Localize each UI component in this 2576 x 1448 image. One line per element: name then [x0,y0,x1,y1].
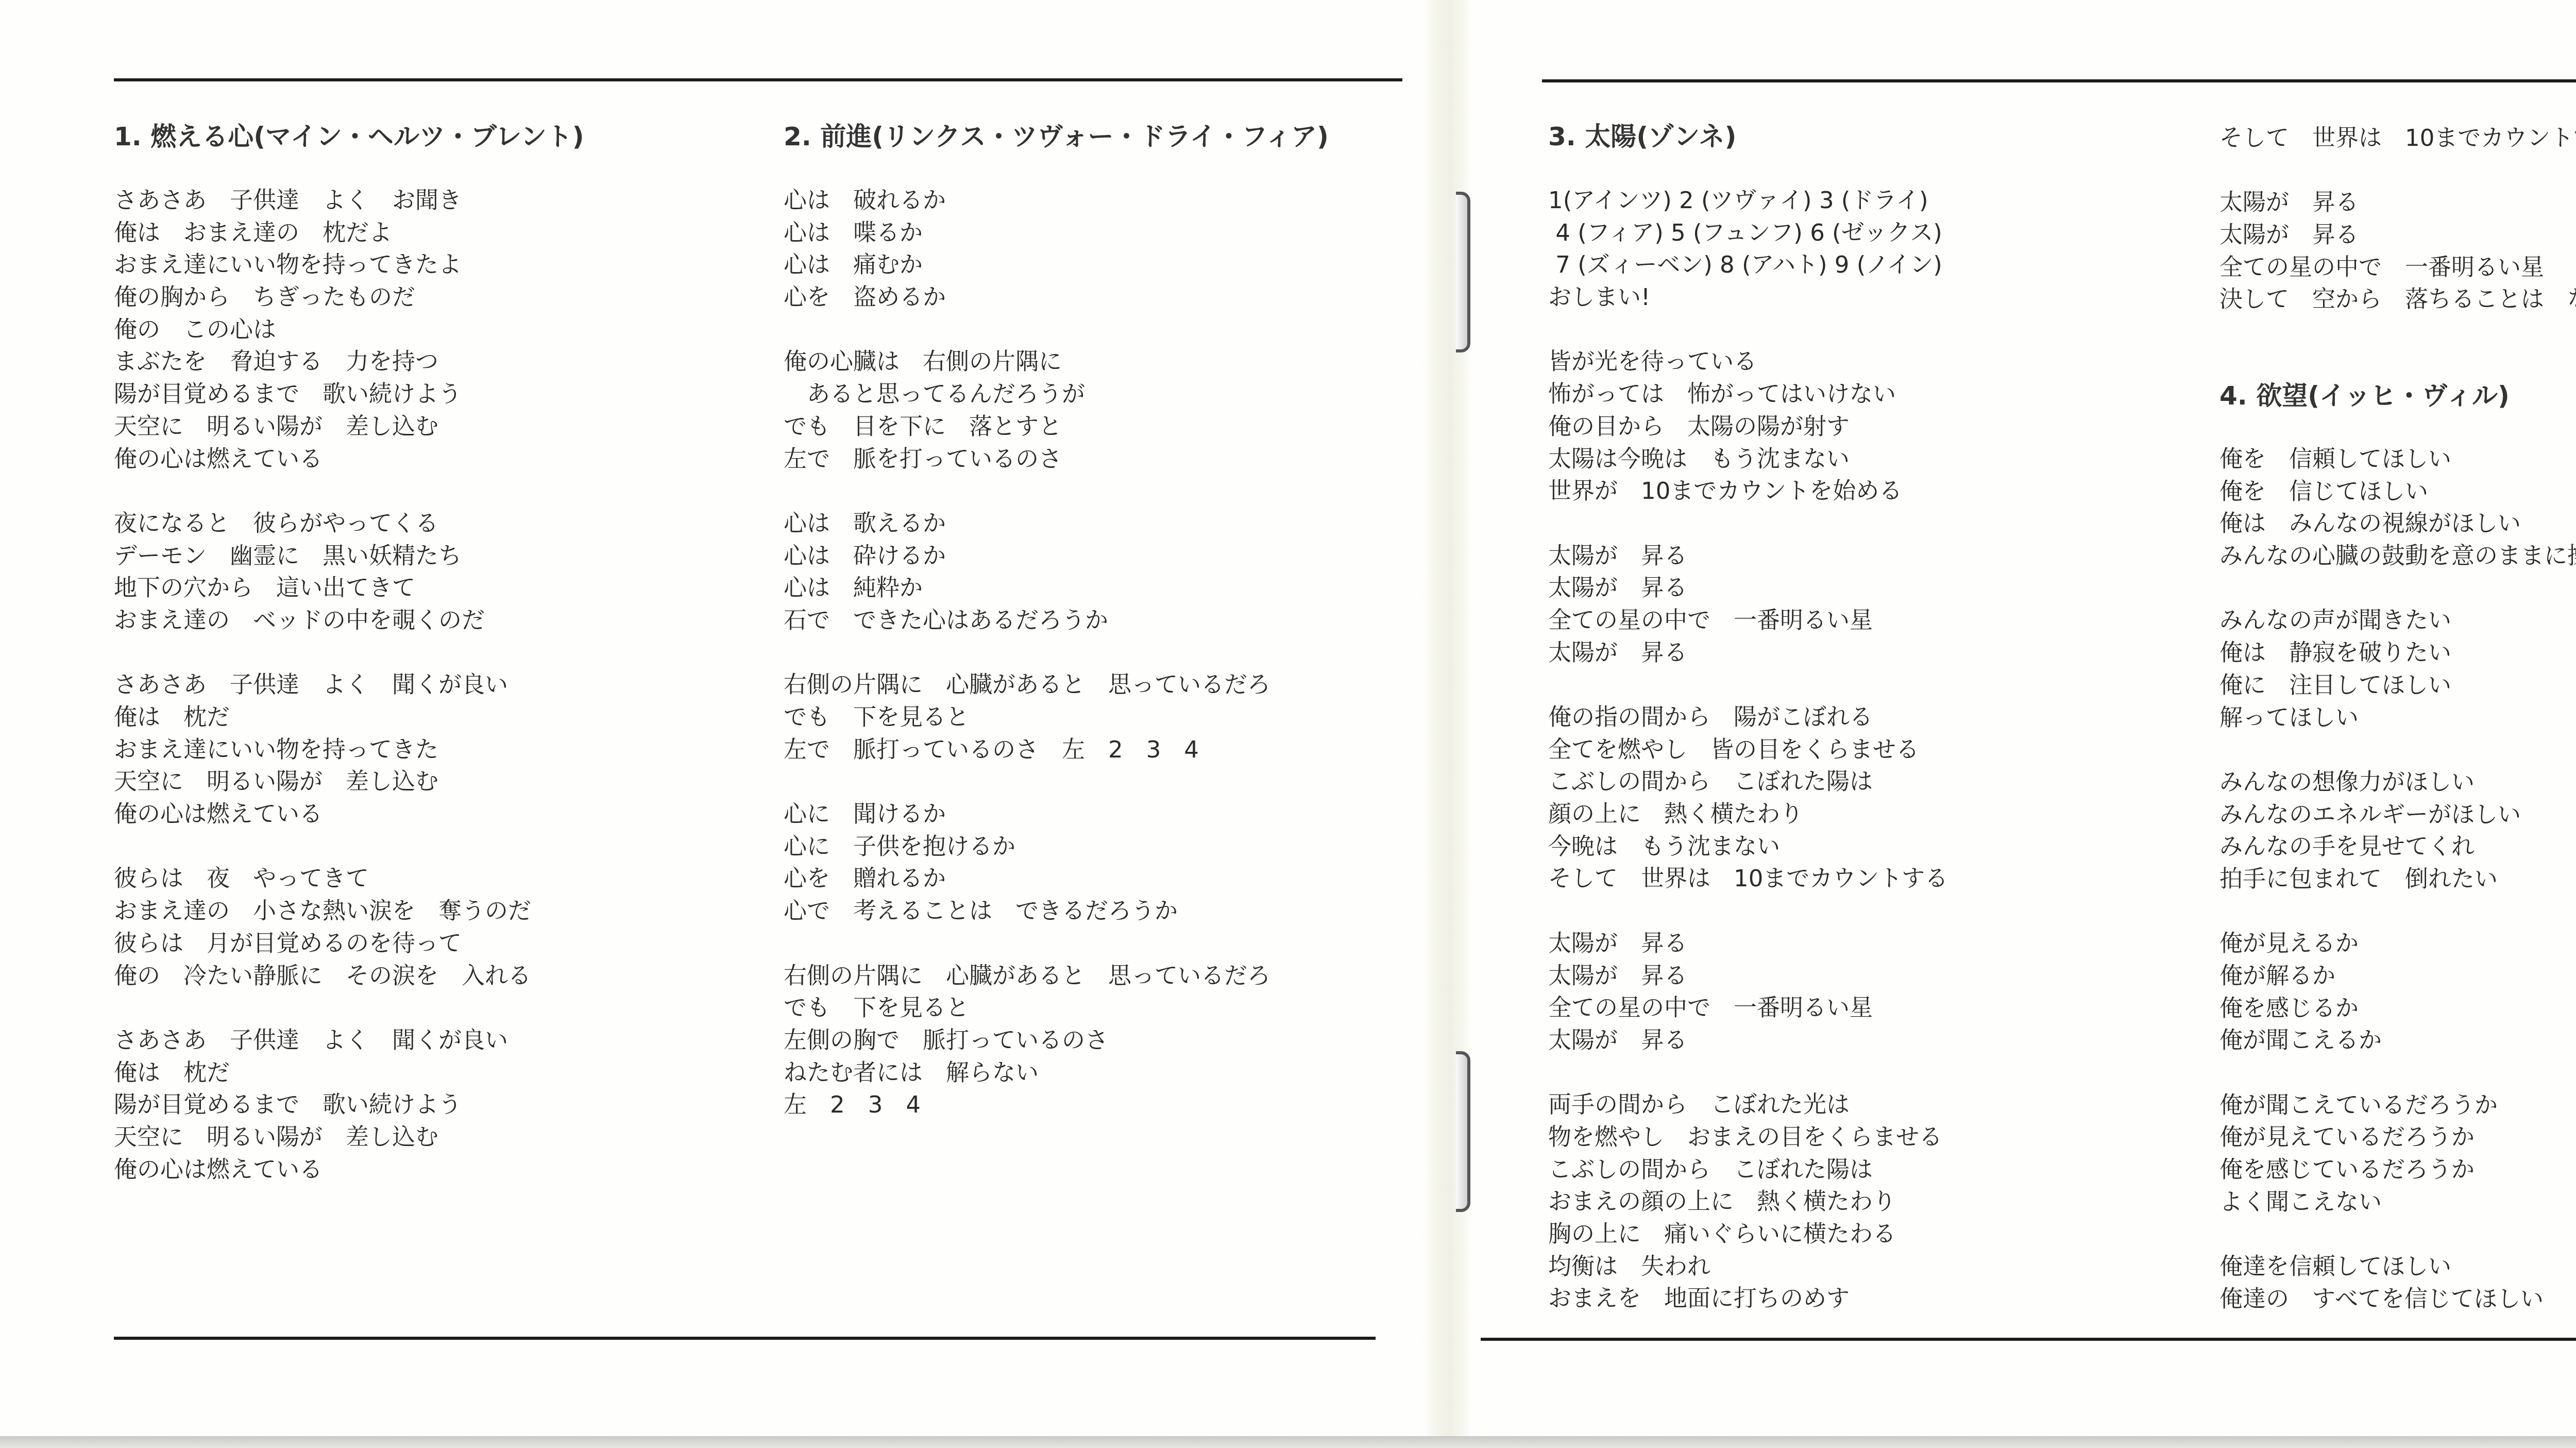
lyric-line: さあさあ 子供達 よく お聞き [114,184,531,217]
lyric-line [2219,1219,2576,1251]
lyric-line: 心は 砕けるか [784,540,1270,573]
lyric-line: おまえを 地面に打ちのめす [1548,1283,1948,1315]
lyric-line: 俺の心は燃えている [114,1154,531,1186]
lyric-line: あると思ってるんだろうが [784,378,1270,411]
lyric-line: 俺の指の間から 陽がこぼれる [1548,701,1948,734]
lyric-line: 皆が光を待っている [1548,346,1948,378]
lyric-line: おまえの顔の上に 熱く横たわり [1548,1186,1948,1218]
lyric-line [2219,155,2576,187]
lyric-line: みんなの心臓の鼓動を意のままに操りたい [2219,540,2576,573]
song-lyrics-1: さあさあ 子供達 よく お聞き俺は おまえ達の 枕だよおまえ達にいい物を持ってき… [114,184,531,1186]
lyric-line [114,475,531,508]
lyric-line: こぶしの間から こぼれた陽は [1548,1154,1948,1186]
lyric-line: こぶしの間から こぼれた陽は [1548,766,1948,798]
lyric-line: 拍手に包まれて 倒れたい [2219,863,2576,896]
lyric-line [784,928,1270,960]
lyric-line: 心は 破れるか [784,184,1270,217]
lyric-line: 俺の心は燃えている [114,798,531,831]
lyric-line: 顔の上に 熱く横たわり [1548,798,1948,831]
lyric-line: 俺が聞こえているだろうか [2219,1089,2576,1122]
lyric-line: 心は 歌えるか [784,508,1270,540]
lyric-line: 1(アインツ) 2 (ツヴァイ) 3 (ドライ) [1548,184,1948,217]
lyric-line: でも 下を見ると [784,701,1270,734]
lyric-line: よく聞こえない [2219,1186,2576,1219]
lyric-line: みんなのエネルギーがほしい [2219,799,2576,831]
lyric-line: 天空に 明るい陽が 差し込む [114,766,531,798]
lyric-line: 俺は みんなの視線がほしい [2219,508,2576,540]
right-page-bottom-rule [1481,1338,2576,1341]
lyric-line: ねたむ者には 解らない [784,1057,1270,1089]
lyric-line: まぶたを 脅迫する 力を持つ [114,346,531,378]
song-title-2: 2. 前進(リンクス・ツヴォー・ドライ・フィア) [784,121,1329,153]
lyric-line [1548,669,1948,701]
lyric-line: 俺が見えているだろうか [2219,1121,2576,1154]
lyric-line: 俺は 枕だ [114,701,531,734]
lyric-line: 太陽が 昇る [1548,572,1948,604]
lyric-line: 7 (ズィーベン) 8 (アハト) 9 (ノイン) [1548,249,1948,281]
song-lyrics-4: 俺を 信頼してほしい俺を 信じてほしい俺は みんなの視線がほしいみんなの心臓の鼓… [2219,443,2576,1316]
lyric-line [2219,1057,2576,1089]
lyric-line: 心で 考えることは できるだろうか [784,895,1270,928]
lyric-line: 心に 子供を抱けるか [784,831,1270,863]
lyric-line [2219,896,2576,928]
lyric-line: 左側の胸で 脈打っているのさ [784,1024,1270,1057]
lyric-line [114,831,531,863]
lyric-line: 俺を 信じてほしい [2219,476,2576,508]
lyric-line: 俺の胸から ちぎったものだ [114,281,531,314]
lyric-line [784,766,1270,798]
song-lyrics-3-continued: そして 世界は 10までカウントする太陽が 昇る太陽が 昇る全ての星の中で 一番… [2219,122,2576,316]
lyric-line [114,992,531,1024]
lyric-line: 全ての星の中で 一番明るい星 [2219,251,2576,284]
lyric-line [114,637,531,669]
lyric-line [1548,508,1948,540]
song-title-1: 1. 燃える心(マイン・ヘルツ・ブレント) [114,121,584,153]
lyric-line: 全ての星の中で 一番明るい星 [1548,604,1948,637]
lyric-line [2219,734,2576,766]
booklet-spread: 1. 燃える心(マイン・ヘルツ・ブレント) さあさあ 子供達 よく お聞き俺は … [0,0,2576,1436]
lyric-line: 4 (フィア) 5 (フュンフ) 6 (ゼックス) [1548,217,1948,249]
staple-top [1456,192,1470,352]
lyric-line: 俺を感じるか [2219,992,2576,1025]
lyric-line: 太陽が 昇る [1548,960,1948,992]
lyric-line: 決して 空から 落ちることは ない [2219,283,2576,316]
scanner-bed-shadow [0,1436,2576,1448]
lyric-line [784,314,1270,346]
lyric-line: 均衡は 失われ [1548,1251,1948,1283]
lyric-line: 俺の この心は [114,314,531,346]
lyric-line: 俺の 冷たい静脈に その涙を 入れる [114,960,531,992]
lyric-line: 陽が目覚めるまで 歌い続けよう [114,378,531,411]
lyric-line: 太陽が 昇る [2219,219,2576,251]
lyric-line: 俺を感じているだろうか [2219,1154,2576,1186]
lyric-line: 俺が解るか [2219,960,2576,992]
staple-bottom [1456,1051,1470,1212]
lyric-line: 心に 聞けるか [784,798,1270,831]
lyric-line: みんなの声が聞きたい [2219,604,2576,637]
lyric-line: おまえ達の 小さな熱い涙を 奪うのだ [114,895,531,928]
lyric-line: みんなの手を見せてくれ [2219,831,2576,863]
lyric-line: 地下の穴から 這い出てきて [114,572,531,604]
left-page-bottom-rule [114,1337,1376,1340]
lyric-line: 怖がっては 怖がってはいけない [1548,378,1948,411]
lyric-line: 俺は 枕だ [114,1057,531,1089]
lyric-line: 左で 脈を打っているのさ [784,443,1270,476]
lyric-line: 俺達の すべてを信じてほしい [2219,1283,2576,1316]
lyric-line: 心を 贈れるか [784,863,1270,895]
lyric-line: 右側の片隅に 心臓があると 思っているだろ [784,960,1270,992]
lyric-line: 物を燃やし おまえの目をくらませる [1548,1121,1948,1154]
lyric-line: 全ての星の中で 一番明るい星 [1548,992,1948,1024]
lyric-line: さあさあ 子供達 よく 聞くが良い [114,669,531,701]
lyric-line: 俺の心は燃えている [114,443,531,476]
lyric-line: 太陽が 昇る [1548,637,1948,669]
lyric-line: 彼らは 夜 やってきて [114,863,531,895]
lyric-line [784,475,1270,508]
lyric-line: そして 世界は 10までカウントする [1548,863,1948,895]
lyric-line [2219,573,2576,605]
lyric-line: 太陽が 昇る [1548,540,1948,573]
lyric-line: 俺は おまえ達の 枕だよ [114,217,531,249]
lyric-line: 俺が見えるか [2219,928,2576,960]
lyric-line: そして 世界は 10までカウントする [2219,122,2576,155]
song-title-4: 4. 欲望(イッヒ・ヴィル) [2219,380,2510,412]
lyric-line: おまえ達にいい物を持ってきた [114,734,531,766]
lyric-line: 左 2 3 4 [784,1089,1270,1121]
lyric-line: 右側の片隅に 心臓があると 思っているだろ [784,669,1270,701]
lyric-line: 今晩は もう沈まない [1548,831,1948,863]
lyric-line: 太陽が 昇る [2219,187,2576,219]
lyric-line: でも 目を下に 落とすと [784,411,1270,443]
lyric-line: 俺に 注目してほしい [2219,669,2576,702]
lyric-line: 俺の心臓は 右側の片隅に [784,346,1270,378]
lyric-line [1548,895,1948,928]
lyric-line: 心を 盗めるか [784,281,1270,314]
lyric-line: 陽が目覚めるまで 歌い続けよう [114,1089,531,1121]
left-page-top-rule [114,78,1402,81]
lyric-line: 俺が聞こえるか [2219,1024,2576,1057]
lyric-line: 天空に 明るい陽が 差し込む [114,1121,531,1154]
lyric-line: 解ってほしい [2219,702,2576,734]
lyric-line: おまえ達にいい物を持ってきたよ [114,249,531,281]
lyric-line: デーモン 幽霊に 黒い妖精たち [114,540,531,573]
right-page-top-rule [1542,79,2576,82]
lyric-line: おまえ達の ベッドの中を覗くのだ [114,604,531,637]
lyric-line: 心は 喋るか [784,217,1270,249]
lyric-line: 石で できた心はあるだろうか [784,604,1270,637]
lyric-line: 俺の目から 太陽の陽が射す [1548,411,1948,443]
lyric-line: 天空に 明るい陽が 差し込む [114,411,531,443]
lyric-line: 俺達を信頼してほしい [2219,1251,2576,1283]
lyric-line [1548,1057,1948,1089]
song-lyrics-2: 心は 破れるか心は 喋るか心は 痛むか心を 盗めるか俺の心臓は 右側の片隅に あ… [784,184,1270,1121]
lyric-line: 俺は 静寂を破りたい [2219,637,2576,669]
lyric-line: でも 下を見ると [784,992,1270,1024]
lyric-line: 世界が 10までカウントを始める [1548,475,1948,508]
lyric-line: 太陽が 昇る [1548,1024,1948,1057]
lyric-line: 太陽が 昇る [1548,928,1948,960]
lyric-line: 彼らは 月が目覚めるのを待って [114,928,531,960]
lyric-line: みんなの想像力がほしい [2219,766,2576,799]
lyric-line: 夜になると 彼らがやってくる [114,508,531,540]
lyric-line: 太陽は今晩は もう沈まない [1548,443,1948,476]
lyric-line: 俺を 信頼してほしい [2219,443,2576,476]
lyric-line: 心は 純粋か [784,572,1270,604]
lyric-line: さあさあ 子供達 よく 聞くが良い [114,1024,531,1057]
lyric-line: 左で 脈打っているのさ 左 2 3 4 [784,734,1270,766]
lyric-line [784,637,1270,669]
lyric-line: 全てを燃やし 皆の目をくらませる [1548,734,1948,766]
song-lyrics-3: 1(アインツ) 2 (ツヴァイ) 3 (ドライ) 4 (フィア) 5 (フュンフ… [1548,184,1948,1315]
lyric-line: 両手の間から こぼれた光は [1548,1089,1948,1121]
lyric-line: おしまい! [1548,281,1948,314]
song-title-3: 3. 太陽(ゾンネ) [1548,121,1736,153]
lyric-line: 胸の上に 痛いぐらいに横たわる [1548,1218,1948,1251]
lyric-line [1548,314,1948,346]
lyric-line: 心は 痛むか [784,249,1270,281]
